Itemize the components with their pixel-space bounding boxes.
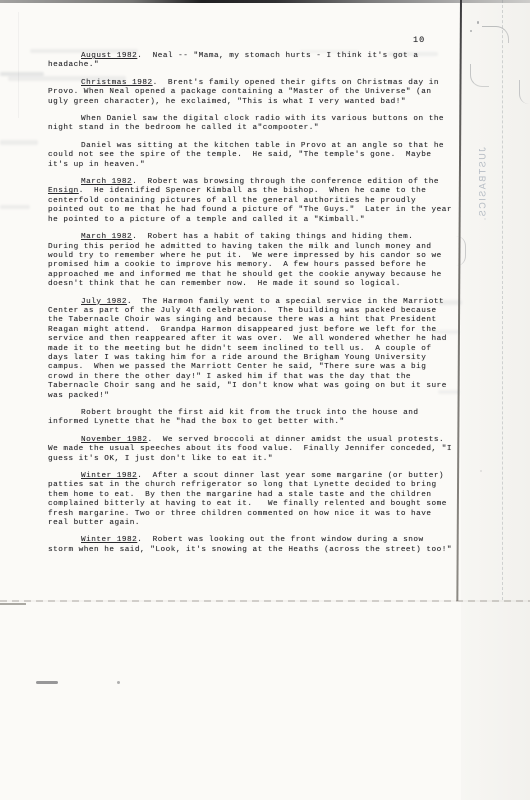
- ink-smudge: [438, 390, 460, 394]
- page-top-edge: [0, 0, 530, 3]
- paragraph-heading: March 1982: [81, 233, 132, 241]
- ink-smudge: [388, 52, 438, 56]
- paragraph-heading: Winter 1982: [81, 536, 137, 544]
- fold-crease-left-mark: [0, 603, 26, 605]
- page-number: 10: [413, 35, 425, 45]
- scanned-page: 10 August 1982. Neal -- "Mama, my stomac…: [0, 0, 530, 800]
- paragraph-text: Daniel was sitting at the kitchen table …: [48, 142, 449, 169]
- paper-backing-strip: [461, 0, 530, 800]
- bleedthrough-text: JUSTBASICS.: [478, 139, 491, 231]
- bottom-ink-dot: [117, 681, 120, 684]
- paragraph-heading: July 1982: [81, 298, 127, 306]
- paragraph-heading: August 1982: [81, 52, 137, 60]
- paragraph: Christmas 1982. Brent's family opened th…: [48, 79, 452, 107]
- paragraph-heading: Winter 1982: [81, 472, 137, 480]
- paragraph-heading: March 1982: [81, 178, 132, 186]
- paragraph: March 1982. Robert was browsing through …: [48, 178, 452, 225]
- fold-crease: [0, 600, 530, 602]
- paragraph: Winter 1982. Robert was looking out the …: [48, 536, 452, 555]
- paragraph-text: Ensign: [48, 187, 79, 195]
- paragraph-heading: November 1982: [81, 436, 147, 444]
- curve-mark: [519, 80, 530, 104]
- paragraph-text: . Robert was browsing through the confer…: [132, 178, 444, 186]
- ink-smudge: [438, 300, 462, 305]
- paragraph: When Daniel saw the digital clock radio …: [48, 115, 452, 134]
- page-body: August 1982. Neal -- "Mama, my stomach h…: [48, 52, 452, 563]
- ink-smudge: [300, 50, 358, 53]
- paragraph: Winter 1982. After a scout dinner last y…: [48, 472, 452, 528]
- speck: [470, 30, 472, 32]
- ink-smudge: [0, 140, 38, 145]
- speck: [480, 470, 482, 472]
- ink-smudge: [8, 76, 126, 81]
- paragraph: Daniel was sitting at the kitchen table …: [48, 142, 452, 170]
- curve-mark: [470, 64, 489, 87]
- paragraph: November 1982. We served broccoli at din…: [48, 436, 452, 464]
- secondary-edge-line: [502, 0, 503, 600]
- paragraph: March 1982. Robert has a habit of taking…: [48, 233, 452, 289]
- paragraph: Robert brought the first aid kit from th…: [48, 409, 452, 428]
- page-left-edge-shadow: [18, 12, 19, 118]
- speck: [477, 21, 479, 24]
- paragraph-text: . The Harmon family went to a special se…: [48, 298, 452, 400]
- paragraph-text: . After a scout dinner last year some ma…: [48, 472, 452, 527]
- bottom-ink-mark: [36, 681, 58, 684]
- paragraph-text: . Robert has a habit of taking things an…: [48, 233, 447, 288]
- paragraph-text: . He identified Spencer Kimball as the b…: [48, 187, 457, 223]
- paragraph: July 1982. The Harmon family went to a s…: [48, 298, 452, 401]
- curve-mark: [451, 236, 466, 266]
- paragraph-list: August 1982. Neal -- "Mama, my stomach h…: [48, 52, 452, 555]
- ink-smudge: [0, 205, 30, 209]
- ink-smudge: [0, 72, 44, 76]
- paragraph-text: Robert brought the first aid kit from th…: [48, 409, 424, 426]
- ink-smudge: [30, 49, 138, 53]
- paragraph-text: When Daniel saw the digital clock radio …: [48, 115, 449, 132]
- ink-smudge: [432, 330, 460, 334]
